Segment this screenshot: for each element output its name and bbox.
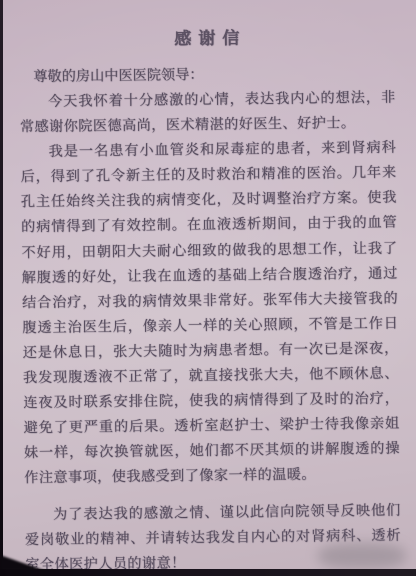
letter-paragraph: 我是一名患有小血管炎和尿毒症的患者，来到肾病科后，得到了孔令新主任的及时救治和精… [20, 136, 400, 492]
photo-edge-left [0, 0, 3, 576]
photo-edge-bottom [0, 569, 416, 576]
photo-shadow-patch [318, 543, 406, 569]
letter-paragraph: 今天我怀着十分感激的心情，表达我内心的想法，非常感谢你院医德高尚，医术精湛的好医… [19, 86, 396, 141]
letter-body: 今天我怀着十分感激的心情，表达我内心的想法，非常感谢你院医德高尚，医术精湛的好医… [19, 86, 401, 576]
letter-title: 感谢信 [19, 22, 395, 52]
letter-content: 感谢信 尊敬的房山中医医院领导： 今天我怀着十分感激的心情，表达我内心的想法，非… [19, 16, 402, 576]
letter-photo: 感谢信 尊敬的房山中医医院领导： 今天我怀着十分感激的心情，表达我内心的想法，非… [0, 0, 416, 576]
